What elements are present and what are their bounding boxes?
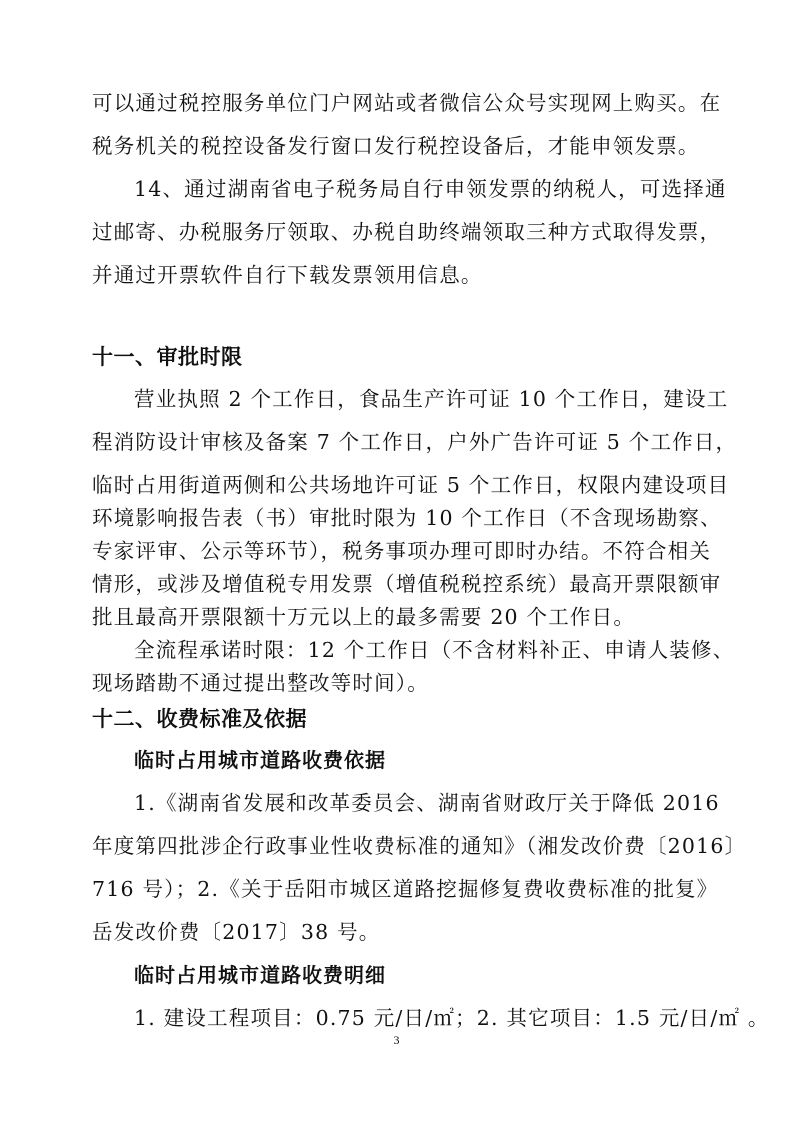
subheading-fee-basis: 临时占用城市道路收费依据: [134, 747, 386, 773]
document-page: 可以通过税控服务单位门户网站或者微信公众号实现网上购买。在 税务机关的税控设备发…: [0, 0, 793, 1122]
section-heading-approval-time: 十一、审批时限: [92, 344, 243, 370]
body-text-line: 岳发改价费〔2017〕38 号。: [92, 919, 706, 945]
body-text-line: 全流程承诺时限：12 个工作日（不含材料补正、申请人装修、: [134, 637, 706, 663]
body-text-line: 14、通过湖南省电子税务局自行申领发票的纳税人，可选择通: [134, 176, 706, 202]
body-text-line: 专家评审、公示等环节），税务事项办理可即时办结。不符合相关: [92, 538, 706, 564]
subheading-fee-details: 临时占用城市道路收费明细: [134, 962, 386, 988]
body-text-line: 批且最高开票限额十万元以上的最多需要 20 个工作日。: [92, 604, 706, 630]
body-text-line: 并通过开票软件自行下载发票领用信息。: [92, 262, 706, 288]
body-text-line: 可以通过税控服务单位门户网站或者微信公众号实现网上购买。在: [92, 90, 706, 116]
section-heading-fees: 十二、收费标准及依据: [92, 706, 307, 732]
body-text-line: 营业执照 2 个工作日，食品生产许可证 10 个工作日，建设工: [134, 386, 706, 412]
body-text-line: 临时占用街道两侧和公共场地许可证 5 个工作日，权限内建设项目: [92, 472, 706, 498]
body-text-line: 环境影响报告表（书）审批时限为 10 个工作日（不含现场勘察、: [92, 505, 706, 531]
body-text-line: 过邮寄、办税服务厅领取、办税自助终端领取三种方式取得发票，: [92, 219, 706, 245]
body-text-line: 年度第四批涉企行政事业性收费标准的通知》（湘发改价费〔2016〕: [92, 833, 706, 859]
body-text-line: 1. 建设工程项目：0.75 元/日/㎡；2. 其它项目：1.5 元/日/㎡ 。: [134, 1005, 706, 1031]
body-text-line: 情形，或涉及增值税专用发票（增值税税控系统）最高开票限额审: [92, 571, 706, 597]
body-text-line: 税务机关的税控设备发行窗口发行税控设备后，才能申领发票。: [92, 133, 706, 159]
body-text-line: 1.《湖南省发展和改革委员会、湖南省财政厅关于降低 2016: [134, 790, 706, 816]
body-text-line: 程消防设计审核及备案 7 个工作日，户外广告许可证 5 个工作日，: [92, 429, 706, 455]
body-text-line: 716 号）；2.《关于岳阳市城区道路挖掘修复费收费标准的批复》: [92, 876, 706, 902]
body-text-line: 现场踏勘不通过提出整改等时间）。: [92, 670, 706, 696]
page-number: 3: [0, 1033, 793, 1048]
